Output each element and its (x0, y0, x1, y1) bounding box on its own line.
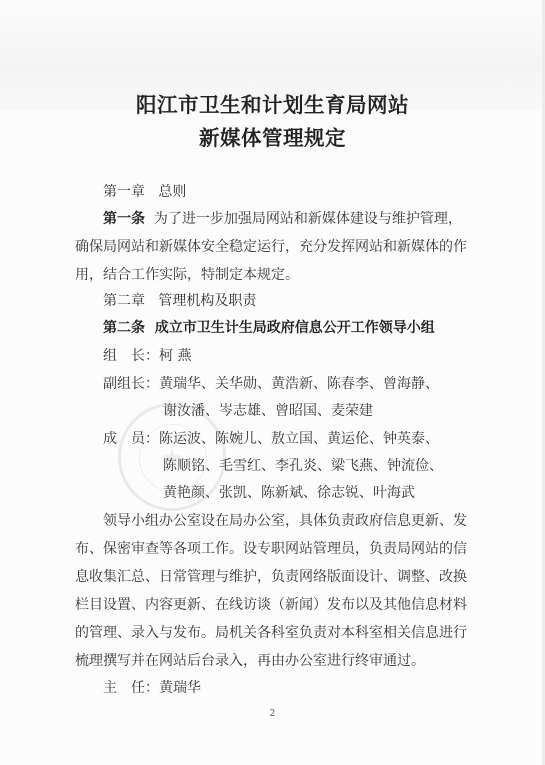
article1-line2: 确保局网站和新媒体安全稳定运行，充分发挥网站和新媒体的作 (75, 236, 467, 256)
office-paragraph-line1: 领导小组办公室设在局办公室，具体负责政府信息更新、发 (103, 510, 467, 530)
office-paragraph-line5: 的管理、录入与发布。局机关各科室负责对本科室相关信息进行 (75, 622, 467, 642)
page-number: 2 (0, 709, 545, 719)
document-title-line2: 新媒体管理规定 (0, 121, 545, 151)
office-paragraph-line4: 栏目设置、内容更新、在线访谈（新闻）发布以及其他信息材料 (75, 594, 467, 614)
article2-label: 第二条 (103, 320, 145, 336)
article1-label: 第一条 (103, 211, 145, 227)
chapter2-title: 管理机构及职责 (158, 293, 256, 309)
article2-text: 成立市卫生计生局政府信息公开工作领导小组 (155, 320, 435, 336)
chapter2-heading: 第二章 管理机构及职责 (103, 290, 256, 310)
members-label: 成 员： (103, 431, 159, 447)
deputies-names-1: 黄瑞华、关华勋、黄浩新、陈春李、曾海静、 (159, 376, 439, 392)
chapter1-heading: 第一章 总则 (103, 181, 186, 201)
office-paragraph-line3: 息收集汇总、日常管理与维护，负责网络版面设计、调整、改换 (75, 566, 467, 586)
office-paragraph-line6: 梳理撰写并在网站后台录入，再由办公室进行终审通过。 (75, 650, 425, 670)
leader-line: 组 长：柯 燕 (103, 345, 191, 365)
director-name: 黄瑞华 (159, 680, 201, 696)
office-paragraph-line2: 布、保密审查等各项工作。设专职网站管理员，负责局网站的信 (75, 538, 467, 558)
document-page: 阳江市卫生和计划生育局网站 新媒体管理规定 第一章 总则 第一条 为了进一步加强… (0, 0, 545, 765)
article2-line: 第二条 成立市卫生计生局政府信息公开工作领导小组 (103, 317, 435, 337)
director-label: 主 任： (103, 680, 159, 696)
director-line: 主 任：黄瑞华 (103, 677, 201, 697)
members-line3: 黄艳颜、张凯、陈新斌、徐志锐、叶海武 (163, 482, 415, 502)
deputies-line1: 副组长：黄瑞华、关华勋、黄浩新、陈春李、曾海静、 (103, 373, 439, 393)
members-names-1: 陈运波、陈婉儿、敖立国、黄运伦、钟英泰、 (159, 431, 439, 447)
leader-name: 柯 燕 (159, 348, 191, 364)
chapter2-label: 第二章 (103, 293, 145, 309)
chapter1-title: 总则 (158, 184, 186, 200)
leader-label: 组 长： (103, 348, 159, 364)
members-line2: 陈顺铭、毛雪红、李孔炎、梁飞燕、钟流俭、 (163, 455, 443, 475)
document-title-line1: 阳江市卫生和计划生育局网站 (0, 88, 545, 118)
members-line1: 成 员：陈运波、陈婉儿、敖立国、黄运伦、钟英泰、 (103, 428, 439, 448)
deputies-label: 副组长： (103, 376, 159, 392)
article1-line1: 第一条 为了进一步加强局网站和新媒体建设与维护管理， (103, 208, 462, 228)
article1-text: 为了进一步加强局网站和新媒体建设与维护管理， (154, 211, 462, 227)
article1-line3: 用，结合工作实际，特制定本规定。 (75, 264, 299, 284)
chapter1-label: 第一章 (103, 184, 145, 200)
